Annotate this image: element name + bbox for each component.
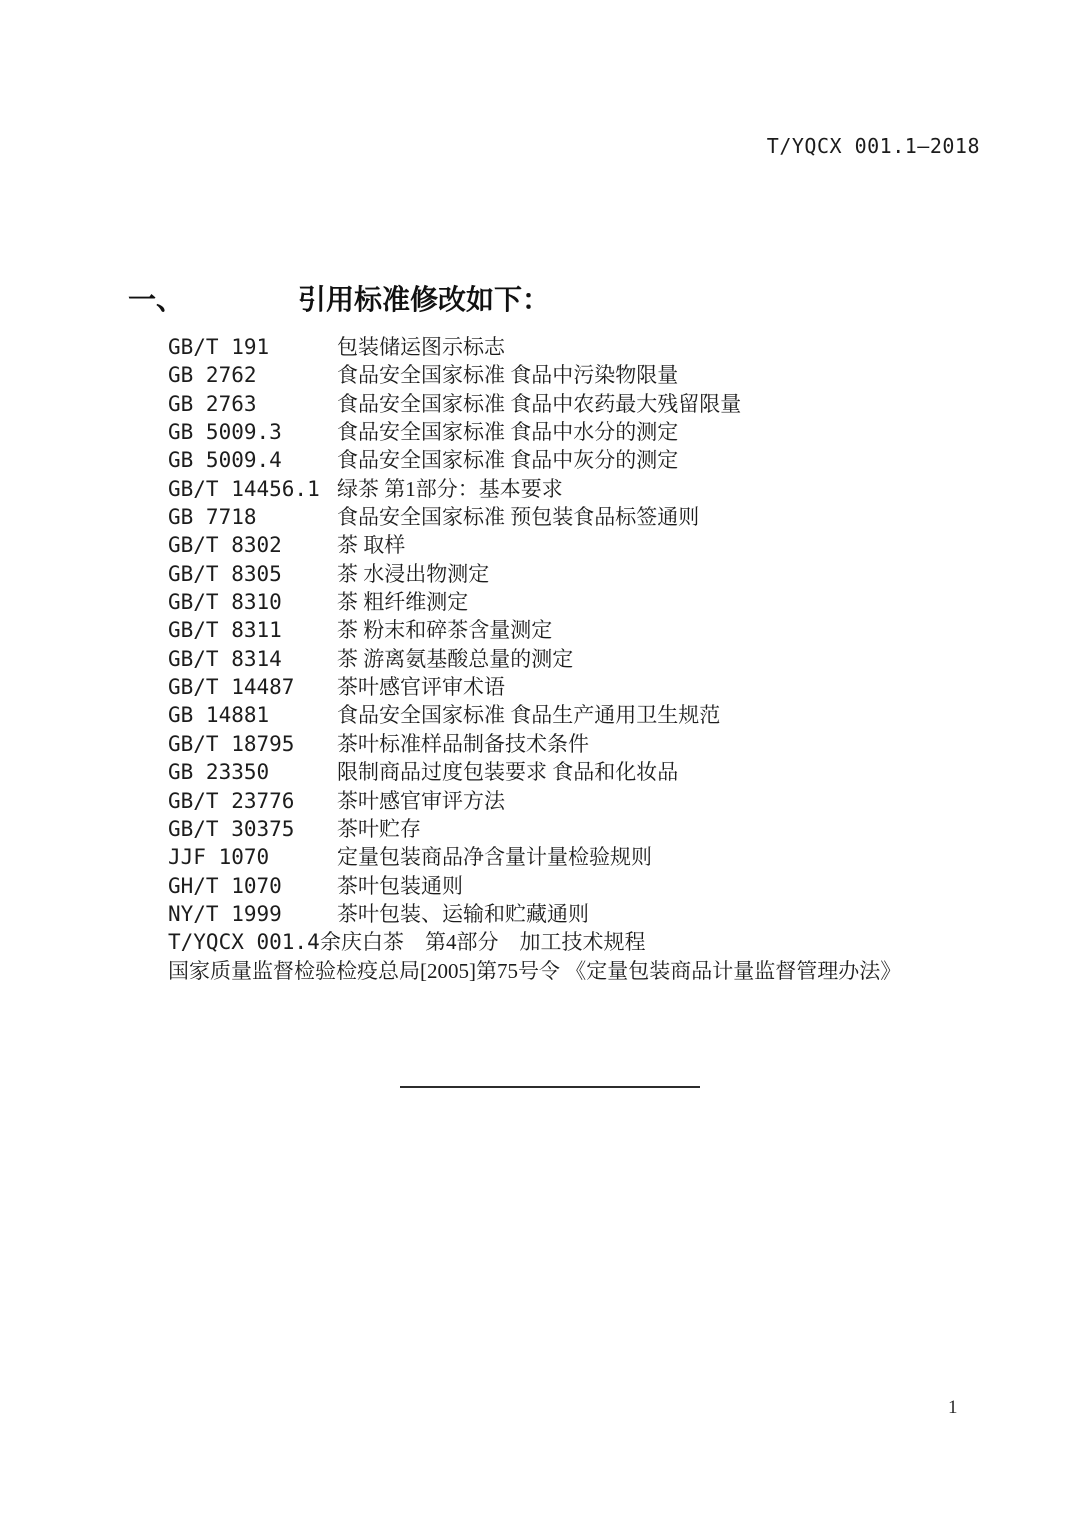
reference-code: GB/T 8314 (168, 645, 337, 673)
reference-title: 食品安全国家标准 食品中污染物限量 (337, 363, 678, 387)
reference-row: GB/T 14487茶叶感官评审术语 (168, 673, 1028, 701)
reference-title: 茶叶包装通则 (337, 874, 463, 898)
reference-code: GB 14881 (168, 701, 337, 729)
reference-row: GB 23350限制商品过度包装要求 食品和化妆品 (168, 758, 1028, 786)
reference-row: GB/T 18795茶叶标准样品制备技术条件 (168, 730, 1028, 758)
reference-title: 包装储运图示标志 (337, 335, 505, 359)
reference-code: GB/T 8305 (168, 560, 337, 588)
page-number: 1 (948, 1397, 958, 1419)
reference-row: GB/T 8305茶 水浸出物测定 (168, 560, 1028, 588)
reference-title: 茶 水浸出物测定 (337, 562, 489, 586)
reference-row: GB 5009.3食品安全国家标准 食品中水分的测定 (168, 418, 1028, 446)
reference-title: 茶 取样 (337, 533, 405, 557)
reference-code: GB/T 191 (168, 333, 337, 361)
reference-title: 茶叶贮存 (337, 817, 421, 841)
reference-title: 食品安全国家标准 食品中水分的测定 (337, 420, 678, 444)
reference-row: GB/T 191包装储运图示标志 (168, 333, 1028, 361)
reference-title: 食品安全国家标准 食品中农药最大残留限量 (337, 392, 741, 416)
reference-title: 限制商品过度包装要求 食品和化妆品 (337, 760, 678, 784)
reference-row: GB/T 8302茶 取样 (168, 531, 1028, 559)
reference-title: 食品安全国家标准 食品中灰分的测定 (337, 448, 678, 472)
section-heading-number: 一、 (128, 278, 184, 318)
reference-code: GB 7718 (168, 503, 337, 531)
reference-row: GB 5009.4食品安全国家标准 食品中灰分的测定 (168, 446, 1028, 474)
reference-row: GH/T 1070茶叶包装通则 (168, 872, 1028, 900)
reference-title: 茶 粉末和碎茶含量测定 (337, 618, 552, 642)
reference-title: 茶叶感官评审术语 (337, 675, 505, 699)
reference-row: GB/T 23776茶叶感官审评方法 (168, 787, 1028, 815)
section-heading: 一、 引用标准修改如下： (128, 278, 828, 314)
reference-title: 茶叶感官审评方法 (337, 789, 505, 813)
reference-decree-text: 国家质量监督检验检疫总局[2005]第75号令 《定量包装商品计量监督管理办法》 (168, 959, 901, 983)
reference-row: NY/T 1999茶叶包装、运输和贮藏通则 (168, 900, 1028, 928)
reference-code: GB/T 8311 (168, 616, 337, 644)
reference-row: GB/T 8314茶 游离氨基酸总量的测定 (168, 645, 1028, 673)
reference-code: GB/T 18795 (168, 730, 337, 758)
reference-row: GB 7718食品安全国家标准 预包装食品标签通则 (168, 503, 1028, 531)
document-code-header: T/YQCX 001.1—2018 (767, 134, 980, 158)
reference-code: GB/T 8310 (168, 588, 337, 616)
reference-row: GB 2763食品安全国家标准 食品中农药最大残留限量 (168, 390, 1028, 418)
reference-code: GB/T 14456.1 (168, 475, 337, 503)
reference-row: GB/T 14456.1绿茶 第1部分：基本要求 (168, 475, 1028, 503)
reference-title: 食品安全国家标准 预包装食品标签通则 (337, 505, 699, 529)
reference-row: GB/T 8310茶 粗纤维测定 (168, 588, 1028, 616)
section-heading-text: 引用标准修改如下： (298, 278, 550, 318)
reference-code: GH/T 1070 (168, 872, 337, 900)
reference-row: GB 14881食品安全国家标准 食品生产通用卫生规范 (168, 701, 1028, 729)
reference-code: GB 5009.3 (168, 418, 337, 446)
reference-title: 茶叶包装、运输和贮藏通则 (337, 902, 589, 926)
reference-row: GB 2762食品安全国家标准 食品中污染物限量 (168, 361, 1028, 389)
reference-title: 绿茶 第1部分：基本要求 (337, 477, 563, 501)
reference-title: 食品安全国家标准 食品生产通用卫生规范 (337, 703, 720, 727)
reference-title: 定量包装商品净含量计量检验规则 (337, 845, 652, 869)
reference-code: GB/T 8302 (168, 531, 337, 559)
reference-row: GB/T 30375茶叶贮存 (168, 815, 1028, 843)
reference-title: 余庆白茶 第4部分 加工技术规程 (320, 930, 646, 954)
reference-code: GB/T 30375 (168, 815, 337, 843)
reference-row: JJF 1070定量包装商品净含量计量检验规则 (168, 843, 1028, 871)
reference-row: T/YQCX 001.4余庆白茶 第4部分 加工技术规程 (168, 928, 1028, 956)
reference-code: JJF 1070 (168, 843, 337, 871)
reference-title: 茶 游离氨基酸总量的测定 (337, 647, 573, 671)
reference-code: GB/T 23776 (168, 787, 337, 815)
reference-code: GB 2762 (168, 361, 337, 389)
reference-code: T/YQCX 001.4 (168, 928, 320, 956)
reference-code: GB 2763 (168, 390, 337, 418)
reference-code: GB 23350 (168, 758, 337, 786)
reference-title: 茶 粗纤维测定 (337, 590, 468, 614)
reference-code: GB 5009.4 (168, 446, 337, 474)
reference-row: GB/T 8311茶 粉末和碎茶含量测定 (168, 616, 1028, 644)
reference-code: NY/T 1999 (168, 900, 337, 928)
references-list: GB/T 191包装储运图示标志 GB 2762食品安全国家标准 食品中污染物限… (168, 333, 1028, 985)
reference-code: GB/T 14487 (168, 673, 337, 701)
footer-divider-line (400, 1086, 700, 1088)
document-page: T/YQCX 001.1—2018 一、 引用标准修改如下： GB/T 191包… (0, 0, 1080, 1526)
reference-title: 茶叶标准样品制备技术条件 (337, 732, 589, 756)
reference-row-decree: 国家质量监督检验检疫总局[2005]第75号令 《定量包装商品计量监督管理办法》 (168, 957, 1028, 985)
